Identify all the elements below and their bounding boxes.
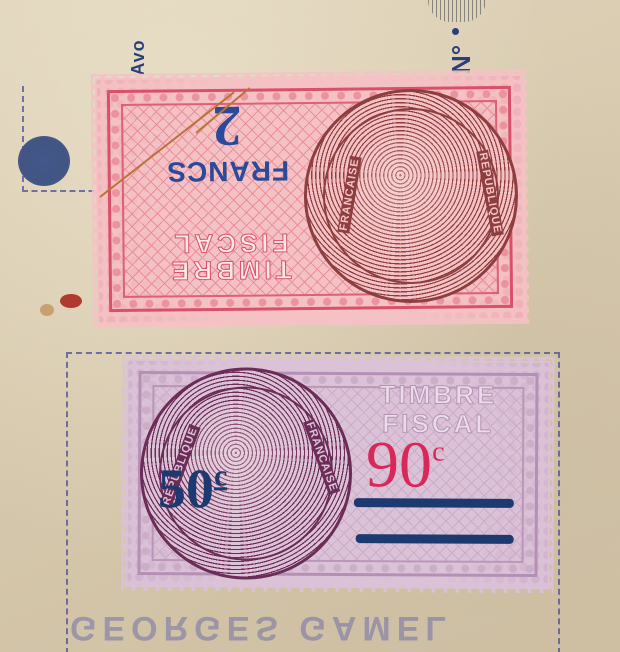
title-line-2: FISCAL	[134, 228, 324, 257]
stain	[40, 304, 54, 316]
surcharge-unit: c	[214, 459, 228, 492]
surcharge-value: 50c	[158, 461, 228, 517]
cancel-stamp-text: GEORGES GAMEL	[70, 608, 452, 647]
original-value-number: 90	[366, 428, 432, 501]
original-value-unit: c	[432, 436, 445, 467]
stain	[60, 294, 82, 308]
strike-bar	[356, 534, 514, 544]
stamp-title: TIMBRE FISCAL	[134, 228, 325, 285]
surcharge-number: 50	[158, 458, 214, 520]
value-unit: FRANCS	[148, 154, 308, 188]
fiscal-stamp-2-francs: TIMBRE FISCAL FRANCS 2 FRANCAISE REPUBLI…	[97, 76, 524, 322]
title-line-1: TIMBRE	[358, 380, 518, 409]
title-line-1: TIMBRE	[135, 255, 325, 284]
original-value: 90c	[366, 432, 445, 498]
strike-bar	[354, 498, 514, 508]
fiscal-stamp-50c-surcharge: TIMBRE FISCAL 90c REPUBLIQUE FRANCAISE 5…	[127, 361, 548, 587]
numero-dot	[452, 28, 459, 35]
